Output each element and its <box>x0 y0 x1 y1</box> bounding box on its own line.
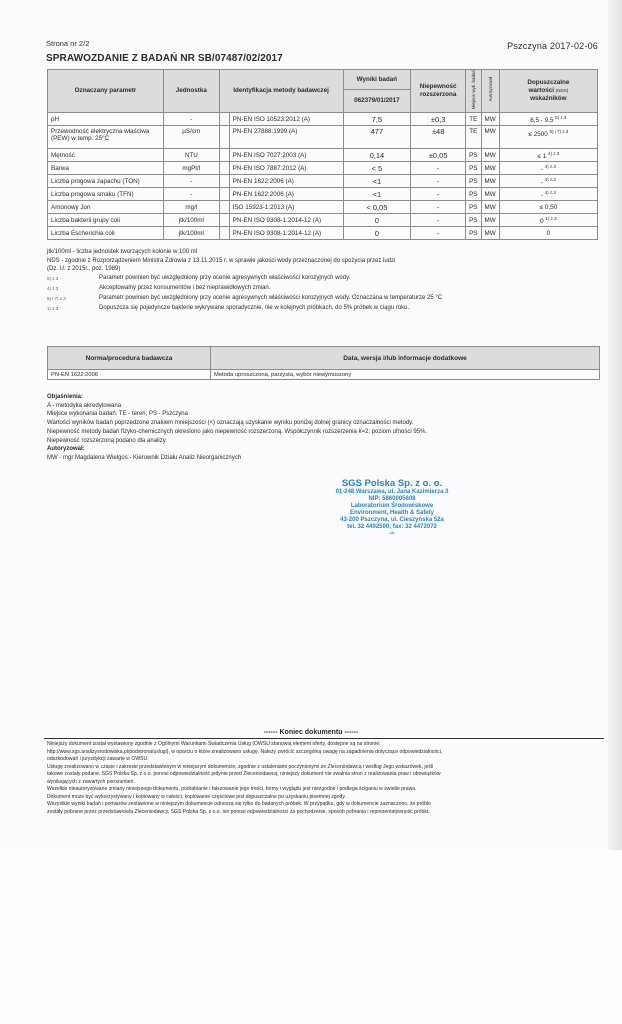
cell-place: PS <box>466 175 481 188</box>
footnote: 4) z.3Akceptowalny przez konsumentów i b… <box>47 284 607 294</box>
cell-unit: - <box>163 113 219 126</box>
cell-nds: ≤ 0,50 <box>499 201 597 214</box>
nds-footnote-ref: 4) z.3 <box>545 177 556 182</box>
explanation-line: Niepewność rozszerzoną podano dla analiz… <box>47 437 607 446</box>
footnote-text: Akceptowalny przez konsumentów i bez nie… <box>99 284 270 293</box>
cell-parameter: Przewodność elektryczna właściwa (PEW) w… <box>48 126 164 149</box>
nds-footnote-ref: 4) z.3 <box>548 151 559 156</box>
footnote-text: Parametr powinien być uwzględniony przy … <box>99 274 350 283</box>
nds-value: ≤ 0,50 <box>540 204 557 211</box>
explanation-line: Wartości wyników badań poprzedzone znaki… <box>47 419 607 428</box>
header-uncertainty: Niepewność rozszerzona <box>411 70 466 113</box>
cell-method: ISO 15923-1:2013 (A) <box>229 201 343 214</box>
page-number: Strona nr 2/2 <box>46 39 89 48</box>
header-results: Wyniki badań <box>343 70 411 90</box>
cell-parameter: Liczba bakterii grupy coli <box>48 214 164 227</box>
cell-unit: mg/l <box>163 201 219 214</box>
cell-method: PN-EN ISO 7887:2012 (A) <box>229 162 343 175</box>
disclaimer-line: odszkodowań i jurysdykcji zawarte w OWSU… <box>47 756 602 764</box>
footnote-key: 5) i 7) z.3 <box>47 295 66 304</box>
nds-value: 0 <box>540 218 544 225</box>
nds-footnote-ref: 5) z.3 <box>555 115 566 120</box>
nds-value: - <box>541 166 543 173</box>
cell-authorized: MW <box>481 126 499 149</box>
disclaimer-line: takowe zostały podane. SGS Polska Sp. z … <box>47 771 602 779</box>
header-nds-line1: Dopuszczalne <box>503 79 594 87</box>
norm-table: Norma/procedura badawcza Data, wersja i/… <box>47 346 600 380</box>
cell-result: 0,14 <box>343 149 411 162</box>
cell-spacer <box>219 175 229 188</box>
cell-authorized: MW <box>481 149 499 162</box>
cell-place: PS <box>466 162 481 175</box>
explanations-heading: Objaśnienia: <box>47 393 607 402</box>
disclaimer-line: wynikających z zawartych porozumień. <box>47 779 602 787</box>
cell-method: PN-EN 1622:2006 (A) <box>229 175 343 188</box>
disclaimer-line: Usługę zrealizowano w czasie i zakresie … <box>47 764 602 772</box>
footnote-text: Parametr powinien być uwzględniony przy … <box>99 294 442 303</box>
disclaimer-line: Wszystkie wyniki badań i pomiarów zestaw… <box>47 801 602 809</box>
disclaimer-line: http://www.sgs.analizysrodowiska.pl/pods… <box>47 749 602 757</box>
stamp-phone: tel. 32 4492500; fax: 32 4472072 <box>304 524 480 531</box>
nds-value: - <box>541 192 543 199</box>
results-table: Oznaczany parametr Jednostka Identyfikac… <box>47 69 598 240</box>
cell-authorized: MW <box>481 214 499 227</box>
cell-place: TE <box>466 113 481 126</box>
cell-method: PN-EN ISO 7027:2003 (A) <box>229 149 343 162</box>
disclaimer: Niniejszy dokument został wystawiony zgo… <box>47 741 602 816</box>
cell-method: PN-EN 27888:1999 (A) <box>229 126 343 149</box>
cell-result: < 5 <box>343 162 411 175</box>
cell-nds: 0 1) z.3 <box>499 214 597 227</box>
cell-nds: ≤ 1 4) z.3 <box>499 149 597 162</box>
cell-nds: 0 <box>499 227 597 240</box>
cell-place: PS <box>466 214 481 227</box>
cell-unit: - <box>163 188 219 201</box>
cell-result: < 0,05 <box>343 201 411 214</box>
cell-parameter: Liczba progowa zapachu (TON) <box>48 175 164 188</box>
cell-result: <1 <box>343 188 411 201</box>
document-page: Strona nr 2/2 Pszczyna 2017-02-06 SPRAWO… <box>0 0 622 850</box>
cell-uncertainty: - <box>411 214 466 227</box>
cell-spacer <box>219 227 229 240</box>
stamp-address: 01-248 Warszawa, ul. Jana Kazimierza 3 <box>304 489 480 496</box>
cell-authorized: MW <box>481 113 499 126</box>
cell-uncertainty: - <box>411 162 466 175</box>
footnote-text: Dopuszcza się pojedyncze bakterie wykryw… <box>99 304 409 313</box>
disclaimer-line: Wszelkie nieautoryzowane zmiany niniejsz… <box>47 786 602 794</box>
end-of-document: ------ Koniec dokumentu ------ <box>0 729 622 736</box>
cell-nds: ≤ 2500 5) i 7) z.3 <box>499 126 597 149</box>
explanations-section: Objaśnienia: A - metodyka akredytowanaMi… <box>47 393 607 463</box>
table-row: BarwamgPt/lPN-EN ISO 7887:2012 (A)< 5-PS… <box>48 162 598 175</box>
cell-method: PN-EN 1622:2006 (A) <box>229 188 343 201</box>
cell-spacer <box>219 126 229 149</box>
cell-result: 477 <box>343 126 411 149</box>
nds-note-ref: (Dz. U. z 2015r., poz. 1989) <box>47 265 607 274</box>
stamp-company: SGS Polska Sp. z o. o. <box>304 479 480 489</box>
explanation-line: Niepewność metody badań fizyko-chemiczny… <box>47 428 607 437</box>
cell-place: PS <box>466 188 481 201</box>
table-row: MętnośćNTUPN-EN ISO 7027:2003 (A)0,14±0,… <box>48 149 598 162</box>
cell-place: TE <box>466 126 481 149</box>
nds-note: NDS - zgodnie z Rozporządzeniem Ministra… <box>47 257 607 266</box>
header-nds: Dopuszczalne wartości (NDS) wskaźników <box>499 70 597 113</box>
cell-uncertainty: - <box>411 188 466 201</box>
cell-authorized: MW <box>481 188 499 201</box>
header-unit: Jednostka <box>163 70 219 113</box>
table-row: Liczba bakterii grupy colijtk/100mlPN-EN… <box>48 214 598 227</box>
nds-footnote-ref: 4) z.3 <box>545 190 556 195</box>
cell-nds: 6,5 - 9,5 5) z.3 <box>499 113 597 126</box>
footnote: 5) i 7) z.3Parametr powinien być uwzględ… <box>47 294 607 304</box>
cell-authorized: MW <box>481 162 499 175</box>
cell-result: 0 <box>343 214 411 227</box>
cell-nds: - 4) z.3 <box>499 162 597 175</box>
cell-nds: - 4) z.3 <box>499 175 597 188</box>
cell-spacer <box>219 149 229 162</box>
cell-spacer <box>219 113 229 126</box>
footnote-key: 4) z.3 <box>47 285 58 294</box>
notes-section: jtk/100ml - liczba jednostek tworzących … <box>47 248 607 314</box>
explanation-line: Miejsce wykonania badań: TE - teren; PS … <box>47 410 607 419</box>
header-nds-line3: wskaźników <box>503 95 594 103</box>
cell-unit: jtk/100ml <box>163 227 219 240</box>
norm-header: Norma/procedura badawcza <box>48 347 211 370</box>
disclaimer-line: zostały pobrane przez przedstawiciela Zl… <box>47 809 602 817</box>
header-nds-tag: (NDS) <box>556 88 569 93</box>
cell-place: PS <box>466 201 481 214</box>
cell-parameter: Barwa <box>48 162 164 175</box>
table-row: Liczba progowa smaku (TFN)-PN-EN 1622:20… <box>48 188 598 201</box>
authorized-heading: Autoryzował: <box>47 445 607 454</box>
header-sample-id: 062379/01/2017 <box>343 90 411 113</box>
table-row: pH-PN-EN ISO 10523:2012 (A)7,5±0,3TEMW6,… <box>48 113 598 126</box>
company-stamp: SGS Polska Sp. z o. o. 01-248 Warszawa, … <box>304 479 480 536</box>
cell-spacer <box>219 214 229 227</box>
cell-unit: NTU <box>163 149 219 162</box>
stamp-lab: Laboratorium Środowiskowe <box>304 503 480 510</box>
nds-value: - <box>541 179 543 186</box>
authorized-by: MW - mgr Magdalena Wielgos - Kierownik D… <box>47 454 607 463</box>
page-edge-shadow <box>608 0 622 850</box>
footnote: 5) z.3Parametr powinien być uwzględniony… <box>47 274 607 284</box>
cell-parameter: Amonowy Jon <box>48 201 164 214</box>
place-date: Pszczyna 2017-02-06 <box>507 41 598 51</box>
footer-divider <box>44 738 604 739</box>
cell-unit: - <box>163 175 219 188</box>
footnote: 1) z.3Dopuszcza się pojedyncze bakterie … <box>47 304 607 314</box>
cell-unit: jtk/100ml <box>163 214 219 227</box>
nds-value: ≤ 2500 <box>528 131 547 138</box>
cell-spacer <box>219 162 229 175</box>
cell-unit: mgPt/l <box>163 162 219 175</box>
nds-value: 0 <box>547 230 551 237</box>
cell-result: 0 <box>343 227 411 240</box>
cell-uncertainty: - <box>411 175 466 188</box>
disclaimer-line: Dokument może być wykorzystywany i kopio… <box>47 794 602 802</box>
cell-result: <1 <box>343 175 411 188</box>
cell-place: PS <box>466 149 481 162</box>
cell-nds: - 4) z.3 <box>499 188 597 201</box>
stamp-lab-address: 43-200 Pszczyna, ul. Cieszyńska 52a <box>304 517 480 524</box>
header-method: Identyfikacja metody badawczej <box>219 70 343 113</box>
cell-spacer <box>219 188 229 201</box>
cell-uncertainty: - <box>411 201 466 214</box>
cell-method: PN-EN ISO 10523:2012 (A) <box>229 113 343 126</box>
nds-footnote-ref: 5) i 7) z.3 <box>549 129 568 134</box>
cell-uncertainty: - <box>411 227 466 240</box>
cell-unit: µS/cm <box>163 126 219 149</box>
footnote-key: 5) z.3 <box>47 275 58 284</box>
table-row: Przewodność elektryczna właściwa (PEW) w… <box>48 126 598 149</box>
cell-uncertainty: ±48 <box>411 126 466 149</box>
stamp-division: Environment, Health & Safety <box>304 510 480 517</box>
cell-parameter: Liczba Escherichia coli <box>48 227 164 240</box>
footnote-key: 1) z.3 <box>47 305 58 314</box>
report-title: SPRAWOZDANIE Z BADAŃ NR SB/07487/02/2017 <box>46 53 283 64</box>
cell-uncertainty: ±0,05 <box>411 149 466 162</box>
nds-footnote-ref: 1) z.3 <box>545 216 556 221</box>
cell-parameter: Liczba progowa smaku (TFN) <box>48 188 164 201</box>
table-row: Liczba progowa zapachu (TON)-PN-EN 1622:… <box>48 175 598 188</box>
cell-uncertainty: ±0,3 <box>411 113 466 126</box>
cell-method: PN-EN ISO 9308-1:2014-12 (A) <box>229 227 343 240</box>
cell-authorized: MW <box>481 201 499 214</box>
jtk-note: jtk/100ml - liczba jednostek tworzących … <box>47 248 607 257</box>
cell-method: PN-EN ISO 9308-1:2014-12 (A) <box>229 214 343 227</box>
explanation-line: A - metodyka akredytowana <box>47 402 607 411</box>
nds-value: 6,5 - 9,5 <box>530 117 553 124</box>
disclaimer-line: Niniejszy dokument został wystawiony zgo… <box>47 741 602 749</box>
cell-parameter: pH <box>48 113 164 126</box>
cell-result: 7,5 <box>343 113 411 126</box>
stamp-mark: -15- <box>304 531 480 536</box>
cell-authorized: MW <box>481 175 499 188</box>
info-header: Data, wersja i/lub informacje dodatkowe <box>211 347 600 370</box>
cell-parameter: Mętność <box>48 149 164 162</box>
stamp-nip: NIP: 5860005608 <box>304 496 480 503</box>
cell-info: Metoda uproszczona, parzysta, wybór niew… <box>211 370 600 380</box>
header-place: Miejsce wyk. badań <box>471 70 476 109</box>
header-authorized: Autoryzował <box>488 77 493 102</box>
table-row: Liczba Escherichia colijtk/100mlPN-EN IS… <box>48 227 598 240</box>
cell-authorized: MW <box>481 227 499 240</box>
header-parameter: Oznaczany parametr <box>48 70 164 113</box>
nds-value: ≤ 1 <box>537 153 546 160</box>
cell-norm: PN-EN 1622:2006 <box>48 370 211 380</box>
nds-footnote-ref: 4) z.3 <box>545 164 556 169</box>
header-nds-line2: wartości <box>528 87 554 94</box>
norm-row: PN-EN 1622:2006Metoda uproszczona, parzy… <box>48 370 600 380</box>
table-row: Amonowy Jonmg/lISO 15923-1:2013 (A)< 0,0… <box>48 201 598 214</box>
cell-spacer <box>219 201 229 214</box>
cell-place: PS <box>466 227 481 240</box>
